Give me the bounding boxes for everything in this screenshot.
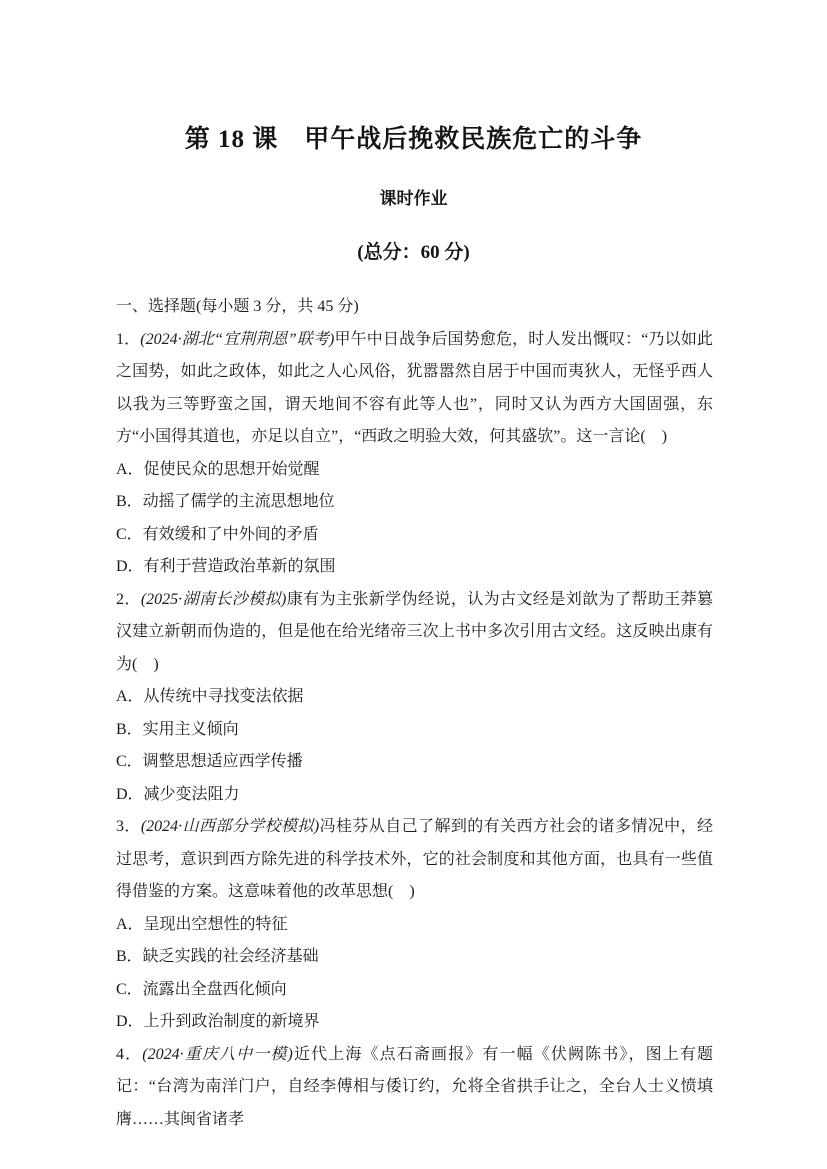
- option-c: C．调整思想适应西学传播: [116, 746, 713, 779]
- question-number: 1．: [116, 331, 140, 348]
- option-b: B．实用主义倾向: [116, 714, 713, 747]
- option-b: B．缺乏实践的社会经济基础: [116, 941, 713, 974]
- question-source: (2024·湖北“宜荆荆恩”联考): [140, 331, 334, 348]
- question-stem: 3．(2024·山西部分学校模拟)冯桂芬从自己了解到的有关西方社会的诸多情况中，…: [116, 811, 713, 909]
- option-d: D．上升到政治制度的新境界: [116, 1006, 713, 1039]
- option-a: A．呈现出空想性的特征: [116, 909, 713, 942]
- question-stem: 1．(2024·湖北“宜荆荆恩”联考)甲午中日战争后国势愈危，时人发出慨叹：“乃…: [116, 324, 713, 454]
- option-b: B．动摇了儒学的主流思想地位: [116, 486, 713, 519]
- option-a: A．促使民众的思想开始觉醒: [116, 454, 713, 487]
- option-c: C．流露出全盘西化倾向: [116, 974, 713, 1007]
- question-4: 4．(2024·重庆八中一模)近代上海《点石斋画报》有一幅《伏阙陈书》，图上有题…: [116, 1039, 713, 1137]
- question-number: 3．: [116, 818, 141, 835]
- question-1: 1．(2024·湖北“宜荆荆恩”联考)甲午中日战争后国势愈危，时人发出慨叹：“乃…: [116, 324, 713, 584]
- total-score-line: (总分：60 分): [0, 240, 827, 266]
- question-source: (2025·湖南长沙模拟): [141, 591, 287, 608]
- option-d: D．有利于营造政治革新的氛围: [116, 551, 713, 584]
- document-body: 一、选择题(每小题 3 分，共 45 分) 1．(2024·湖北“宜荆荆恩”联考…: [0, 291, 827, 1136]
- question-2: 2．(2025·湖南长沙模拟)康有为主张新学伪经说，认为古文经是刘歆为了帮助王莽…: [116, 584, 713, 812]
- question-stem: 2．(2025·湖南长沙模拟)康有为主张新学伪经说，认为古文经是刘歆为了帮助王莽…: [116, 584, 713, 682]
- question-source: (2024·山西部分学校模拟): [141, 818, 319, 835]
- question-number: 4．: [116, 1046, 142, 1063]
- worksheet-page: 第 18 课 甲午战后挽救民族危亡的斗争 课时作业 (总分：60 分) 一、选择…: [0, 0, 827, 1169]
- question-stem: 4．(2024·重庆八中一模)近代上海《点石斋画报》有一幅《伏阙陈书》，图上有题…: [116, 1039, 713, 1137]
- question-source: (2024·重庆八中一模): [142, 1046, 293, 1063]
- section-header-multiple-choice: 一、选择题(每小题 3 分，共 45 分): [116, 291, 713, 324]
- option-a: A．从传统中寻找变法依据: [116, 681, 713, 714]
- question-number: 2．: [116, 591, 141, 608]
- option-d: D．减少变法阻力: [116, 779, 713, 812]
- option-c: C．有效缓和了中外间的矛盾: [116, 519, 713, 552]
- page-title: 第 18 课 甲午战后挽救民族危亡的斗争: [0, 0, 827, 156]
- page-subtitle: 课时作业: [0, 188, 827, 210]
- question-3: 3．(2024·山西部分学校模拟)冯桂芬从自己了解到的有关西方社会的诸多情况中，…: [116, 811, 713, 1039]
